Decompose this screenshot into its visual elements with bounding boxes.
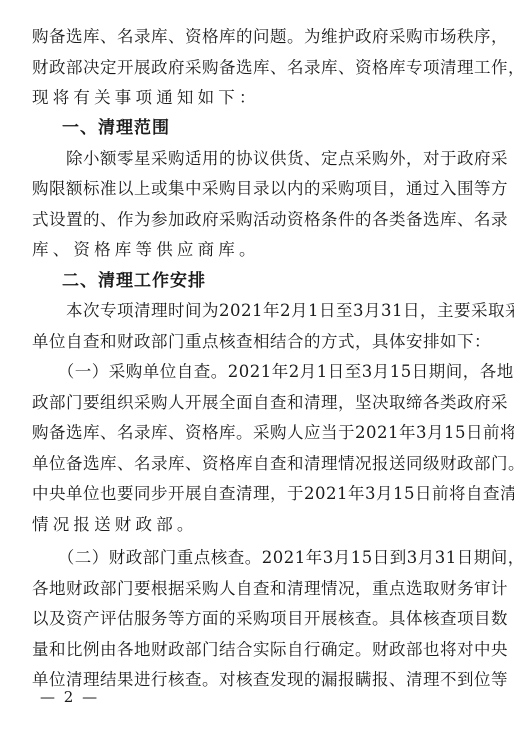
section-heading-scope: 一、清理范围 xyxy=(62,117,170,139)
text-line: 购备选库、名录库、资格库。采购人应当于2021年3月15日前将本 xyxy=(32,422,488,444)
page-number: — 2 — xyxy=(40,687,99,707)
text-line: 除小额零星采购适用的协议供货、定点采购外，对于政府采 xyxy=(32,148,488,170)
text-line: 各地财政部门要根据采购人自查和清理情况，重点选取财务审计 xyxy=(32,578,488,600)
text-line: 单位自查和财政部门重点核查相结合的方式，具体安排如下： xyxy=(32,331,488,353)
text-line: 现将有关事项通知如下： xyxy=(32,87,488,109)
text-line: 单位备选库、名录库、资格库自查和清理情况报送同级财政部门。 xyxy=(32,453,488,475)
text-line: 购备选库、名录库、资格库的问题。为维护政府采购市场秩序， xyxy=(32,26,488,48)
text-line: 情况报送财政部。 xyxy=(32,514,488,536)
section-heading-arrangement: 二、清理工作安排 xyxy=(62,270,206,292)
text-line: 政部门要组织采购人开展全面自查和清理，坚决取缔各类政府采 xyxy=(32,392,488,414)
text-line: （二）财政部门重点核查。2021年3月15日到3月31日期间， xyxy=(32,547,488,569)
text-line: 中央单位也要同步开展自查清理，于2021年3月15日前将自查清理 xyxy=(32,483,488,505)
text-line: （一）采购单位自查。2021年2月1日至3月15日期间，各地财 xyxy=(32,361,488,383)
text-line: 量和比例由各地财政部门结合实际自行确定。财政部也将对中央 xyxy=(32,639,488,661)
text-line: 库、资格库等供应商库。 xyxy=(32,239,488,261)
text-line: 式设置的、作为参加政府采购活动资格条件的各类备选库、名录 xyxy=(32,209,488,231)
text-line: 单位清理结果进行核查。对核查发现的漏报瞒报、清理不到位等 xyxy=(32,669,488,691)
document-page: 购备选库、名录库、资格库的问题。为维护政府采购市场秩序， 财政部决定开展政府采购… xyxy=(0,0,514,731)
text-line: 本次专项清理时间为2021年2月1日至3月31日，主要采取采购 xyxy=(32,300,488,322)
text-line: 购限额标准以上或集中采购目录以内的采购项目，通过入围等方 xyxy=(32,178,488,200)
text-line: 以及资产评估服务等方面的采购项目开展核查。具体核查项目数 xyxy=(32,608,488,630)
text-line: 财政部决定开展政府采购备选库、名录库、资格库专项清理工作， xyxy=(32,57,488,79)
